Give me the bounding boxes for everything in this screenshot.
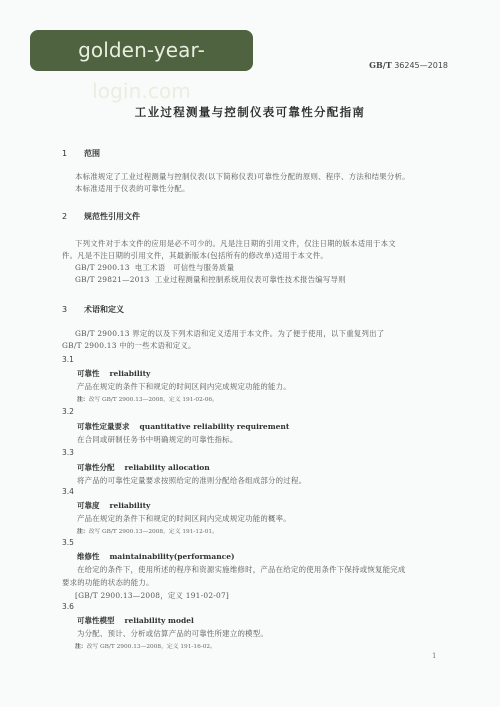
standard-code: GB/T 36245—2018: [369, 60, 448, 70]
reference-item: GB/T 2900.13 电工术语 可信性与服务质量: [75, 262, 234, 273]
section-3-paragraph-2: GB/T 2900.13 中的一些术语和定义。: [62, 340, 196, 351]
section-2-paragraph-2: 件。凡是不注日期的引用文件，其最新版本(包括所有的修改单)适用于本文件。: [62, 250, 328, 261]
term-definition: 产品在规定的条件下和规定的时间区间内完成规定功能的能力。: [77, 381, 291, 392]
section-1-paragraph-2: 本标准适用于仪表的可靠性分配。: [75, 183, 190, 194]
term-note: 注：改写 GB/T 2900.13—2008，定义 191-02-06。: [77, 394, 218, 403]
term-number: 3.4: [62, 487, 74, 496]
section-1-heading: 1范围: [62, 148, 100, 159]
term-number: 3.3: [62, 448, 74, 457]
section-2-heading: 2规范性引用文件: [62, 211, 140, 222]
term-definition: 在合同或研制任务书中明确规定的可靠性指标。: [77, 434, 237, 445]
term-definition: 产品在规定的条件下和规定的时间区间内完成规定功能的概率。: [77, 513, 291, 524]
term-heading: 可靠度reliability: [77, 500, 150, 511]
term-number: 3.5: [62, 538, 74, 547]
term-definition-continued: 要求的功能的状态的能力。: [62, 577, 154, 588]
term-note: 注：改写 GB/T 2900.13—2008，定义 191-16-02。: [75, 641, 216, 650]
term-source: [GB/T 2900.13—2008，定义 191-02-07]: [75, 590, 229, 601]
section-3-heading: 3术语和定义: [62, 304, 124, 315]
term-heading: 维修性maintainability(performance): [77, 551, 235, 562]
document-title: 工业过程测量与控制仪表可靠性分配指南: [0, 104, 500, 120]
section-1-paragraph-1: 本标准规定了工业过程测量与控制仪表(以下简称仪表)可靠性分配的原则、程序、方法和…: [75, 171, 410, 182]
term-note: 注：改写 GB/T 2900.13—2008，定义 191-12-01。: [77, 526, 218, 535]
reference-item: GB/T 29821—2013 工业过程测量和控制系统用仪表可靠性技术报告编写导…: [75, 274, 346, 285]
standard-code-prefix: GB/T: [369, 60, 391, 70]
term-definition: 为分配、预计、分析或估算产品的可靠性所建立的模型。: [77, 628, 268, 639]
term-number: 3.2: [62, 407, 74, 416]
standard-code-number: 36245—2018: [394, 61, 448, 70]
term-heading: 可靠性定量要求quantitative reliability requirem…: [77, 421, 289, 432]
section-2-paragraph-1: 下列文件对于本文件的应用是必不可少的。凡是注日期的引用文件，仅注日期的版本适用于…: [75, 238, 396, 249]
term-heading: 可靠性模型reliability model: [77, 615, 194, 626]
term-number: 3.6: [62, 602, 74, 611]
term-definition: 在给定的条件下，使用所述的程序和资源实施维修时，产品在给定的使用条件下保持或恢复…: [77, 564, 406, 575]
watermark-text: golden-year-login.com: [78, 38, 205, 103]
term-heading: 可靠性分配reliability allocation: [77, 462, 210, 473]
term-definition: 将产品的可靠性定量要求按照给定的准则分配给各组成部分的过程。: [77, 475, 306, 486]
page-number: 1: [432, 652, 436, 660]
watermark-banner: golden-year-login.com: [30, 30, 253, 71]
term-number: 3.1: [62, 355, 74, 364]
term-heading: 可靠性reliability: [77, 368, 150, 379]
section-3-paragraph-1: GB/T 2900.13 界定的以及下列术语和定义适用于本文件。为了便于使用，以…: [75, 328, 384, 339]
